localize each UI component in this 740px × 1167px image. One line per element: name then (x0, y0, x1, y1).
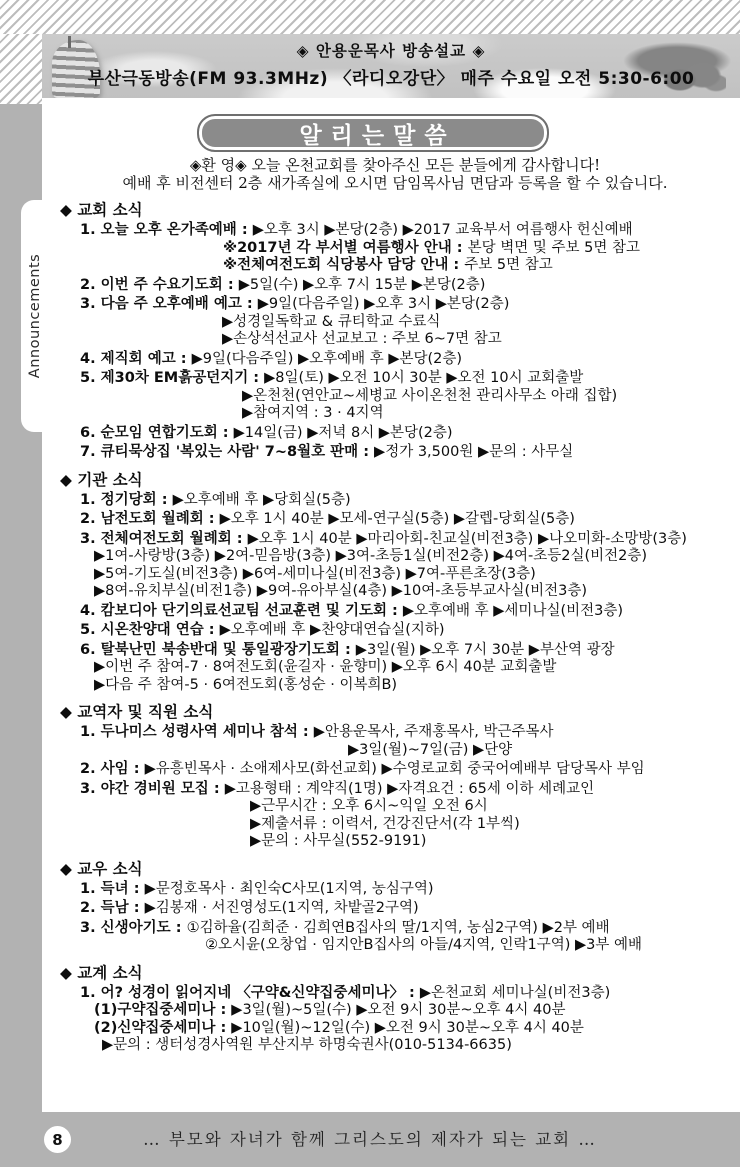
item-line: 3. 전체여전도회 월례회 : ▶오후 1시 40분 ▶마리아회-친교실(비전3… (80, 531, 730, 549)
text-segment: ▶다음 주 참여-5 · 6여전도회(홍성순 · 이복희B) (94, 677, 397, 693)
text-segment: 4. 제직회 예고 : (80, 351, 192, 367)
section-header: ◆ 교계 소식 (60, 964, 730, 982)
text-segment: ▶10일(월)~12일(수) ▶오전 9시 30분~오후 4시 40분 (231, 1020, 584, 1036)
item-line: ▶문의 : 사무실(552-9191) (80, 833, 730, 851)
news-item: 1. 어? 성경이 읽어지네 〈구약&신약집중세미나〉 : ▶온천교회 세미나실… (80, 985, 730, 1055)
section-items: 1. 두나미스 성령사역 세미나 참석 : ▶안용운목사, 주재홍목사, 박근주… (60, 724, 730, 851)
item-line: 3. 다음 주 오후예배 예고 : ▶9일(다음주일) ▶오후 3시 ▶본당(2… (80, 296, 730, 314)
welcome-line-2: 예배 후 비전센터 2층 새가족실에 오시면 담임목사님 면담과 등록을 할 수… (60, 174, 730, 192)
text-segment: (1)구약집중세미나 : (94, 1002, 231, 1018)
text-segment: ①김하율(김희준 · 김희연B집사의 딸/1지역, 농심2구역) ▶2부 예배 (187, 920, 610, 936)
item-line: 5. 제30차 EM흙공던지기 : ▶8일(토) ▶오전 10시 30분 ▶오전… (80, 370, 730, 388)
text-segment: ▶8일(토) ▶오전 10시 30분 ▶오전 10시 교회출발 (264, 370, 583, 386)
text-segment: (2)신약집중세미나 : (94, 1020, 231, 1036)
text-segment: ▶3일(월) ▶오후 7시 30분 ▶부산역 광장 (356, 642, 615, 658)
text-segment: 주보 5면 참고 (464, 257, 552, 273)
page-number-badge: 8 (44, 1126, 71, 1153)
text-segment: ▶온천천(연안교~세병교 사이온천천 관리사무소 아래 집합) (242, 388, 617, 404)
text-segment: 2. 이번 주 수요기도회 : (80, 277, 239, 293)
news-item: 1. 오늘 오후 온가족예배 : ▶오후 3시 ▶본당(2층) ▶2017 교육… (80, 222, 730, 275)
news-section: ◆ 교계 소식1. 어? 성경이 읽어지네 〈구약&신약집중세미나〉 : ▶온천… (60, 964, 730, 1055)
item-line: ▶참여지역 : 3 · 4지역 (80, 405, 730, 423)
news-item: 3. 신생아기도 : ①김하율(김희준 · 김희연B집사의 딸/1지역, 농심2… (80, 920, 730, 955)
text-segment: ▶오후예배 후 ▶세미나실(비전3층) (403, 603, 623, 619)
news-item: 1. 정기당회 : ▶오후예배 후 ▶당회실(5층) (80, 492, 730, 510)
item-line: 4. 캄보디아 단기의료선교팀 선교훈련 및 기도회 : ▶오후예배 후 ▶세미… (80, 603, 730, 621)
text-segment: 6. 탈북난민 북송반대 및 통일광장기도회 : (80, 642, 356, 658)
text-segment: 3. 야간 경비원 모집 : (80, 781, 225, 797)
item-line: 3. 신생아기도 : ①김하율(김희준 · 김희연B집사의 딸/1지역, 농심2… (80, 920, 730, 938)
section-items: 1. 오늘 오후 온가족예배 : ▶오후 3시 ▶본당(2층) ▶2017 교육… (60, 222, 730, 462)
section-header: ◆ 교회 소식 (60, 201, 730, 219)
text-segment: 5. 제30차 EM흙공던지기 : (80, 370, 264, 386)
section-header: ◆ 기관 소식 (60, 471, 730, 489)
text-segment: 3. 다음 주 오후예배 예고 : (80, 296, 258, 312)
sections: ◆ 교회 소식1. 오늘 오후 온가족예배 : ▶오후 3시 ▶본당(2층) ▶… (60, 201, 730, 1055)
item-line: 2. 이번 주 수요기도회 : ▶5일(수) ▶오후 7시 15분 ▶본당(2층… (80, 277, 730, 295)
news-section: ◆ 기관 소식1. 정기당회 : ▶오후예배 후 ▶당회실(5층)2. 남전도회… (60, 471, 730, 695)
news-section: ◆ 교회 소식1. 오늘 오후 온가족예배 : ▶오후 3시 ▶본당(2층) ▶… (60, 201, 730, 462)
section-header: ◆ 교역자 및 직원 소식 (60, 703, 730, 721)
item-line: ▶5여-기도실(비전3층) ▶6여-세미나실(비전3층) ▶7여-푸른초장(3층… (80, 566, 730, 584)
text-segment: ▶오후 3시 ▶본당(2층) ▶2017 교육부서 여름행사 헌신예배 (253, 222, 633, 238)
news-item: 4. 캄보디아 단기의료선교팀 선교훈련 및 기도회 : ▶오후예배 후 ▶세미… (80, 603, 730, 621)
item-line: 1. 두나미스 성령사역 세미나 참석 : ▶안용운목사, 주재홍목사, 박근주… (80, 724, 730, 742)
text-segment: ▶이번 주 참여-7 · 8여전도회(윤길자 · 윤향미) ▶오후 6시 40분… (94, 659, 556, 675)
text-segment: ▶참여지역 : 3 · 4지역 (242, 405, 384, 421)
text-segment: 본당 벽면 및 주보 5면 참고 (468, 240, 640, 256)
text-segment: 6. 순모임 연합기도회 : (80, 425, 234, 441)
item-line: 2. 득남 : ▶김봉재 · 서진영성도(1지역, 차밭골2구역) (80, 900, 730, 918)
broadcast-banner: ◈ 안용운목사 방송설교 ◈ 부산극동방송(FM 93.3MHz) 〈라디오강단… (42, 34, 740, 98)
text-segment: ▶5여-기도실(비전3층) ▶6여-세미나실(비전3층) ▶7여-푸른초장(3층… (94, 566, 536, 582)
text-segment: ▶성경일독학교 & 큐티학교 수료식 (222, 314, 440, 330)
broadcast-banner-text: ◈ 안용운목사 방송설교 ◈ 부산극동방송(FM 93.3MHz) 〈라디오강단… (42, 34, 740, 89)
text-segment: ▶문의 : 생터성경사역원 부산지부 하명숙권사(010-5134-6635) (102, 1037, 512, 1053)
item-line: ▶8여-유치부실(비전1층) ▶9여-유아부실(4층) ▶10여-초등부교사실(… (80, 583, 730, 601)
news-item: 2. 득남 : ▶김봉재 · 서진영성도(1지역, 차밭골2구역) (80, 900, 730, 918)
news-item: 3. 야간 경비원 모집 : ▶고용형태 : 계약직(1명) ▶자격요건 : 6… (80, 781, 730, 851)
text-segment: 1. 어? 성경이 읽어지네 〈구약&신약집중세미나〉 : (80, 985, 420, 1001)
news-item: 7. 큐티묵상집 '복있는 사람' 7~8월호 판매 : ▶정가 3,500원 … (80, 444, 730, 462)
hatch-pattern-left (0, 34, 42, 104)
item-line: ▶이번 주 참여-7 · 8여전도회(윤길자 · 윤향미) ▶오후 6시 40분… (80, 659, 730, 677)
text-segment: 1. 정기당회 : (80, 492, 173, 508)
main-content: ◈환 영◈ 오늘 온천교회를 찾아주신 모든 분들에게 감사합니다! 예배 후 … (42, 152, 730, 1057)
item-line: ▶성경일독학교 & 큐티학교 수료식 (80, 314, 730, 332)
item-line: ※2017년 각 부서별 여름행사 안내 : 본당 벽면 및 주보 5면 참고 (80, 240, 730, 258)
news-section: ◆ 교우 소식1. 득녀 : ▶문정호목사 · 최인숙C사모(1지역, 농심구역… (60, 860, 730, 955)
text-segment: ▶안용운목사, 주재홍목사, 박근주목사 (314, 724, 554, 740)
news-item: 1. 두나미스 성령사역 세미나 참석 : ▶안용운목사, 주재홍목사, 박근주… (80, 724, 730, 759)
text-segment: ▶9일(다음주일) ▶오후예배 후 ▶본당(2층) (192, 351, 462, 367)
broadcast-title: ◈ 안용운목사 방송설교 ◈ (42, 39, 740, 61)
item-line: ▶다음 주 참여-5 · 6여전도회(홍성순 · 이복희B) (80, 677, 730, 695)
text-segment: ▶문의 : 사무실(552-9191) (250, 833, 426, 849)
item-line: 6. 탈북난민 북송반대 및 통일광장기도회 : ▶3일(월) ▶오후 7시 3… (80, 642, 730, 660)
text-segment: 2. 사임 : (80, 761, 145, 777)
text-segment: ②오시윤(오창업 · 임지안B집사의 아들/4지역, 인락1구역) ▶3부 예배 (205, 937, 642, 953)
news-item: 6. 탈북난민 북송반대 및 통일광장기도회 : ▶3일(월) ▶오후 7시 3… (80, 642, 730, 695)
item-line: 3. 야간 경비원 모집 : ▶고용형태 : 계약직(1명) ▶자격요건 : 6… (80, 781, 730, 799)
text-segment: ▶제출서류 : 이력서, 건강진단서(각 1부씩) (250, 816, 520, 832)
text-segment: 1. 득녀 : (80, 881, 145, 897)
text-segment: ▶3일(월)~7일(금) ▶단양 (348, 742, 512, 758)
section-items: 1. 정기당회 : ▶오후예배 후 ▶당회실(5층)2. 남전도회 월례회 : … (60, 492, 730, 695)
text-segment: 3. 전체여전도회 월례회 : (80, 531, 248, 547)
item-line: ▶문의 : 생터성경사역원 부산지부 하명숙권사(010-5134-6635) (80, 1037, 730, 1055)
broadcast-schedule: 부산극동방송(FM 93.3MHz) 〈라디오강단〉 매주 수요일 오전 5:3… (42, 64, 740, 89)
text-segment: ※전체여전도회 식당봉사 담당 안내 : (223, 257, 464, 273)
item-line: (1)구약집중세미나 : ▶3일(월)~5일(수) ▶오전 9시 30분~오후 … (80, 1002, 730, 1020)
item-line: 2. 남전도회 월례회 : ▶오후 1시 40분 ▶모세-연구실(5층) ▶갈렙… (80, 511, 730, 529)
text-segment: ▶3일(월)~5일(수) ▶오전 9시 30분~오후 4시 40분 (231, 1002, 565, 1018)
text-segment: 1. 두나미스 성령사역 세미나 참석 : (80, 724, 314, 740)
text-segment: ▶오후 1시 40분 ▶마리아회-친교실(비전3층) ▶나오미화-소망방(3층) (248, 531, 687, 547)
text-segment: ▶고용형태 : 계약직(1명) ▶자격요건 : 65세 이하 세례교인 (225, 781, 594, 797)
announcements-tab-label: Announcements (27, 254, 43, 378)
item-line: 6. 순모임 연합기도회 : ▶14일(금) ▶저녁 8시 ▶본당(2층) (80, 425, 730, 443)
news-item: 5. 시온찬양대 연습 : ▶오후예배 후 ▶찬양대연습실(지하) (80, 622, 730, 640)
item-line: 1. 득녀 : ▶문정호목사 · 최인숙C사모(1지역, 농심구역) (80, 881, 730, 899)
item-line: 1. 정기당회 : ▶오후예배 후 ▶당회실(5층) (80, 492, 730, 510)
item-line: 2. 사임 : ▶유흥빈목사 · 소애제사모(화선교회) ▶수영로교회 중국어예… (80, 761, 730, 779)
text-segment: ▶9일(다음주일) ▶오후 3시 ▶본당(2층) (258, 296, 510, 312)
news-item: 2. 남전도회 월례회 : ▶오후 1시 40분 ▶모세-연구실(5층) ▶갈렙… (80, 511, 730, 529)
news-item: 2. 이번 주 수요기도회 : ▶5일(수) ▶오후 7시 15분 ▶본당(2층… (80, 277, 730, 295)
item-line: 1. 오늘 오후 온가족예배 : ▶오후 3시 ▶본당(2층) ▶2017 교육… (80, 222, 730, 240)
text-segment: ▶온천교회 세미나실(비전3층) (420, 985, 610, 1001)
news-item: 3. 다음 주 오후예배 예고 : ▶9일(다음주일) ▶오후 3시 ▶본당(2… (80, 296, 730, 349)
welcome-message: ◈환 영◈ 오늘 온천교회를 찾아주신 모든 분들에게 감사합니다! 예배 후 … (60, 156, 730, 192)
text-segment: ▶오후예배 후 ▶찬양대연습실(지하) (220, 622, 445, 638)
item-line: ▶제출서류 : 이력서, 건강진단서(각 1부씩) (80, 816, 730, 834)
item-line: ▶근무시간 : 오후 6시~익일 오전 6시 (80, 798, 730, 816)
section-items: 1. 어? 성경이 읽어지네 〈구약&신약집중세미나〉 : ▶온천교회 세미나실… (60, 985, 730, 1055)
text-segment: ▶8여-유치부실(비전1층) ▶9여-유아부실(4층) ▶10여-초등부교사실(… (94, 583, 587, 599)
text-segment: 2. 득남 : (80, 900, 145, 916)
item-line: ▶1여-사랑방(3층) ▶2여-믿음방(3층) ▶3여-초등1실(비전2층) ▶… (80, 548, 730, 566)
item-line: ▶3일(월)~7일(금) ▶단양 (80, 742, 730, 760)
text-segment: ▶5일(수) ▶오후 7시 15분 ▶본당(2층) (239, 277, 486, 293)
text-segment: 3. 신생아기도 : (80, 920, 187, 936)
news-item: 1. 득녀 : ▶문정호목사 · 최인숙C사모(1지역, 농심구역) (80, 881, 730, 899)
item-line: 5. 시온찬양대 연습 : ▶오후예배 후 ▶찬양대연습실(지하) (80, 622, 730, 640)
news-item: 4. 제직회 예고 : ▶9일(다음주일) ▶오후예배 후 ▶본당(2층) (80, 351, 730, 369)
item-line: 4. 제직회 예고 : ▶9일(다음주일) ▶오후예배 후 ▶본당(2층) (80, 351, 730, 369)
text-segment: ▶유흥빈목사 · 소애제사모(화선교회) ▶수영로교회 중국어예배부 담당목사 … (145, 761, 645, 777)
text-segment: 4. 캄보디아 단기의료선교팀 선교훈련 및 기도회 : (80, 603, 403, 619)
text-segment: ▶오후 1시 40분 ▶모세-연구실(5층) ▶갈렙-당회실(5층) (220, 511, 575, 527)
text-segment: ▶문정호목사 · 최인숙C사모(1지역, 농심구역) (145, 881, 434, 897)
item-line: 1. 어? 성경이 읽어지네 〈구약&신약집중세미나〉 : ▶온천교회 세미나실… (80, 985, 730, 1003)
text-segment: ▶1여-사랑방(3층) ▶2여-믿음방(3층) ▶3여-초등1실(비전2층) ▶… (94, 548, 647, 564)
item-line: ②오시윤(오창업 · 임지안B집사의 아들/4지역, 인락1구역) ▶3부 예배 (80, 937, 730, 955)
text-segment: ▶오후예배 후 ▶당회실(5층) (173, 492, 351, 508)
news-item: 3. 전체여전도회 월례회 : ▶오후 1시 40분 ▶마리아회-친교실(비전3… (80, 531, 730, 601)
text-segment: 1. 오늘 오후 온가족예배 : (80, 222, 253, 238)
footer-slogan: … 부모와 자녀가 함께 그리스도의 제자가 되는 교회 … (0, 1112, 740, 1167)
text-segment: 5. 시온찬양대 연습 : (80, 622, 220, 638)
news-item: 2. 사임 : ▶유흥빈목사 · 소애제사모(화선교회) ▶수영로교회 중국어예… (80, 761, 730, 779)
item-line: ▶온천천(연안교~세병교 사이온천천 관리사무소 아래 집합) (80, 388, 730, 406)
page-title: 알리는말씀 (197, 114, 549, 152)
section-items: 1. 득녀 : ▶문정호목사 · 최인숙C사모(1지역, 농심구역)2. 득남 … (60, 881, 730, 955)
text-segment: 2. 남전도회 월례회 : (80, 511, 220, 527)
hatch-pattern-top (0, 0, 740, 34)
text-segment: ※2017년 각 부서별 여름행사 안내 : (223, 240, 468, 256)
welcome-line-1: ◈환 영◈ 오늘 온천교회를 찾아주신 모든 분들에게 감사합니다! (60, 156, 730, 174)
news-section: ◆ 교역자 및 직원 소식1. 두나미스 성령사역 세미나 참석 : ▶안용운목… (60, 703, 730, 851)
news-item: 5. 제30차 EM흙공던지기 : ▶8일(토) ▶오전 10시 30분 ▶오전… (80, 370, 730, 423)
text-segment: ▶근무시간 : 오후 6시~익일 오전 6시 (250, 798, 488, 814)
section-header: ◆ 교우 소식 (60, 860, 730, 878)
text-segment: ▶김봉재 · 서진영성도(1지역, 차밭골2구역) (145, 900, 419, 916)
text-segment: ▶손상석선교사 선교보고 : 주보 6~7면 참고 (222, 331, 502, 347)
item-line: ▶손상석선교사 선교보고 : 주보 6~7면 참고 (80, 331, 730, 349)
news-item: 6. 순모임 연합기도회 : ▶14일(금) ▶저녁 8시 ▶본당(2층) (80, 425, 730, 443)
text-segment: 7. 큐티묵상집 '복있는 사람' 7~8월호 판매 : (80, 444, 374, 460)
item-line: (2)신약집중세미나 : ▶10일(월)~12일(수) ▶오전 9시 30분~오… (80, 1020, 730, 1038)
footer: … 부모와 자녀가 함께 그리스도의 제자가 되는 교회 … 8 (0, 1112, 740, 1167)
text-segment: ▶14일(금) ▶저녁 8시 ▶본당(2층) (234, 425, 453, 441)
item-line: 7. 큐티묵상집 '복있는 사람' 7~8월호 판매 : ▶정가 3,500원 … (80, 444, 730, 462)
text-segment: ▶정가 3,500원 ▶문의 : 사무실 (374, 444, 573, 460)
item-line: ※전체여전도회 식당봉사 담당 안내 : 주보 5면 참고 (80, 257, 730, 275)
